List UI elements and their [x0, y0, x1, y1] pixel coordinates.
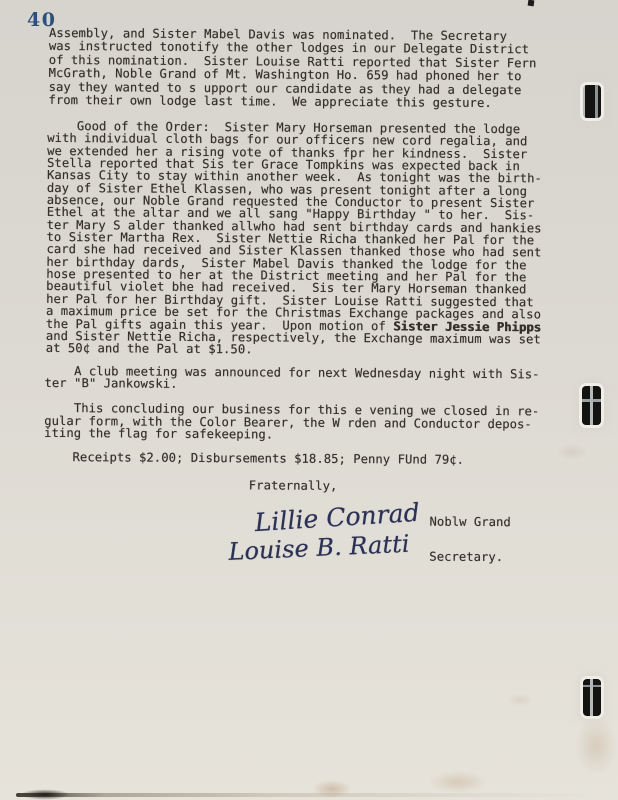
binder-fastener-middle-icon [582, 386, 601, 425]
paragraph-good-of-the-order: Good of the Order: Sister Mary Horseman … [46, 120, 543, 358]
paragraph-closing-ceremony: This concluding our business for this e … [44, 402, 539, 444]
text-line: from their own lodge last time. We appre… [48, 94, 536, 111]
binder-fastener-bottom-icon [583, 679, 601, 716]
page-bottom-edge-shadow [16, 793, 604, 797]
closing-salutation: Fraternally, [249, 478, 338, 493]
paragraph-club-meeting: A club meeting was announced for next We… [44, 365, 539, 393]
text-line: Receipts $2.00; Disbursements $18.85; Pe… [43, 451, 464, 466]
paragraph-assembly-nomination: Assembly, and Sister Mabel Davis was nom… [48, 27, 536, 111]
typed-text-layer: Assembly, and Sister Mabel Davis was nom… [0, 0, 618, 800]
binder-fastener-top-icon [583, 85, 601, 118]
signature-title-secretary: Secretary. [429, 550, 503, 565]
scan-mark-top-edge [528, 0, 535, 6]
signature-title-noble-grand: Noblw Grand [430, 515, 511, 530]
page-bottom-corner-shadow [19, 789, 71, 800]
minutes-page: 40 Assembly, and Sister Mabel Davis was … [0, 0, 618, 800]
paragraph-receipts: Receipts $2.00; Disbursements $18.85; Pe… [43, 451, 464, 466]
